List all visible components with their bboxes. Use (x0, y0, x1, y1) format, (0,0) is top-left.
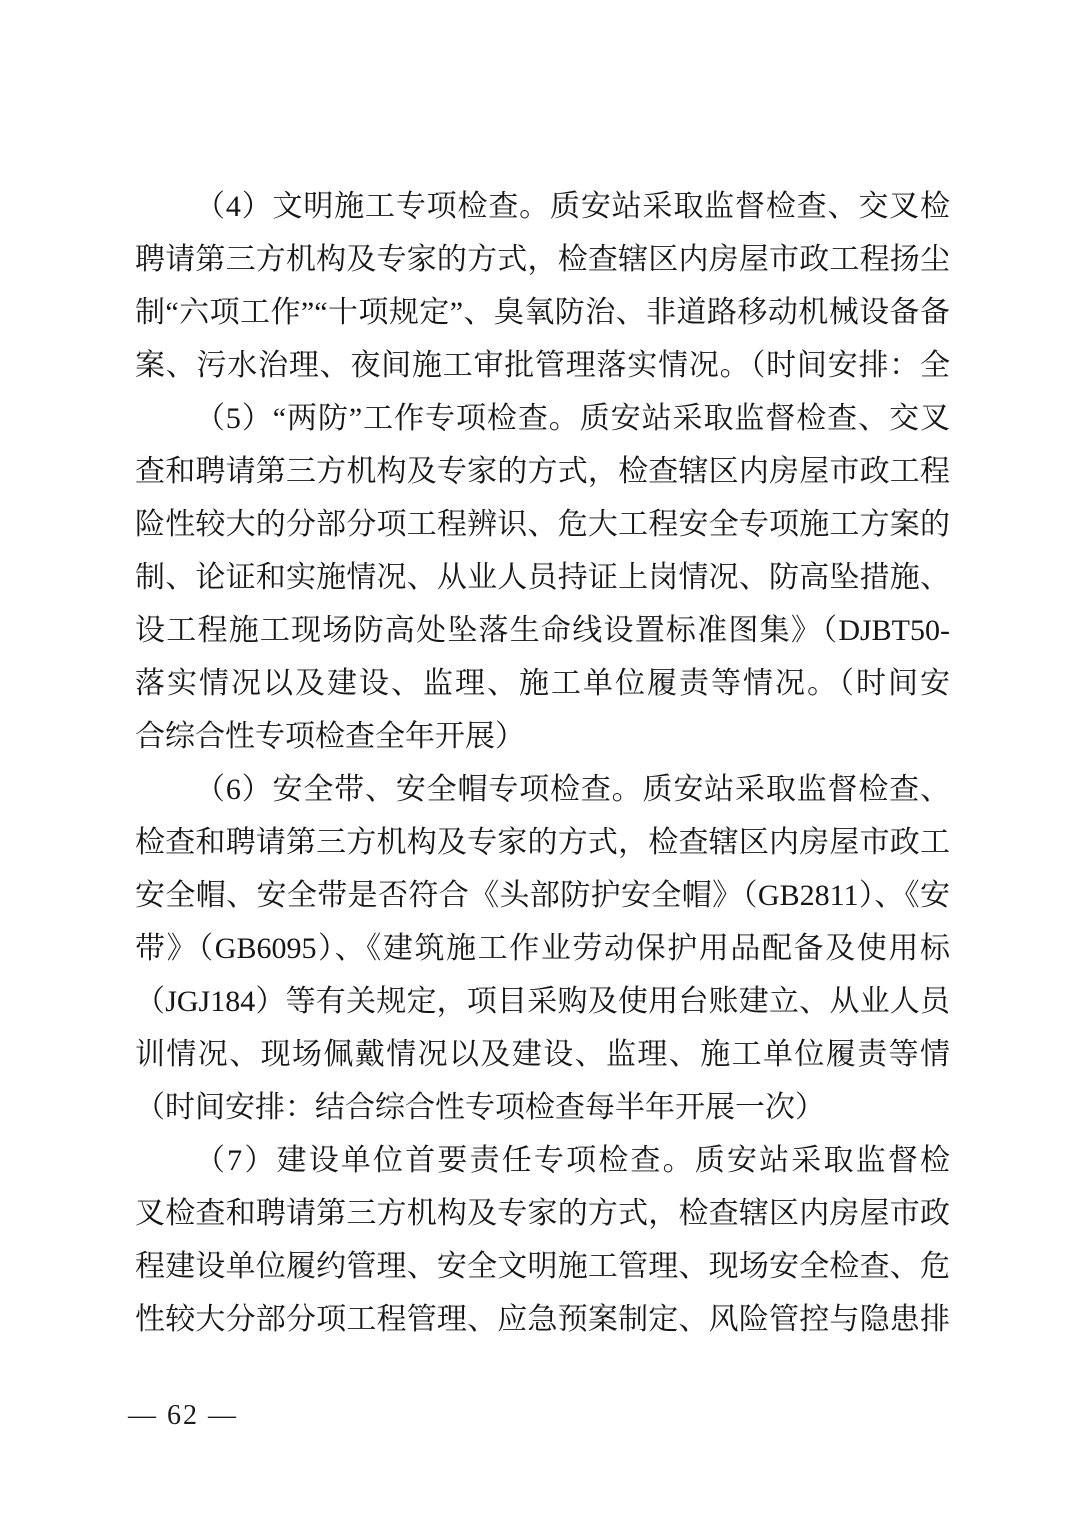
text-line: 训情况、现场佩戴情况以及建设、监理、施工单位履责等情况。 (135, 1028, 950, 1081)
document-body: （4）文明施工专项检查。质安站采取监督检查、交叉检查和聘请第三方机构及专家的方式… (135, 180, 950, 1346)
item-7-construction-unit-primary-responsibility-inspection: （7）建设单位首要责任专项检查。质安站采取监督检查、交叉检查和聘请第三方机构及专… (135, 1134, 950, 1346)
text-line: 制“六项工作”“十项规定”、臭氧防治、非道路移动机械设备备 (135, 286, 950, 339)
item-6-safety-belt-helmet-inspection: （6）安全带、安全帽专项检查。质安站采取监督检查、交叉检查和聘请第三方机构及专家… (135, 763, 950, 1134)
text-line: （6）安全带、安全帽专项检查。质安站采取监督检查、交叉 (135, 763, 950, 816)
text-line: 叉检查和聘请第三方机构及专家的方式，检查辖区内房屋市政工 (135, 1187, 950, 1240)
item-5-two-preventions-inspection: （5）“两防”工作专项检查。质安站采取监督检查、交叉检查和聘请第三方机构及专家的… (135, 392, 950, 763)
text-line: 检查和聘请第三方机构及专家的方式，检查辖区内房屋市政工程 (135, 816, 950, 869)
text-line: 程建设单位履约管理、安全文明施工管理、现场安全检查、危险 (135, 1240, 950, 1293)
text-line: 性较大分部分项工程管理、应急预案制定、风险管控与隐患排查 (135, 1293, 950, 1346)
text-line: 合综合性专项检查全年开展） (135, 710, 950, 763)
text-line: 设工程施工现场防高处坠落生命线设置标准图集》（DJBT50-155） (135, 604, 950, 657)
document-page: （4）文明施工专项检查。质安站采取监督检查、交叉检查和聘请第三方机构及专家的方式… (0, 0, 1074, 1520)
text-line: 落实情况以及建设、监理、施工单位履责等情况。（时间安排：结 (135, 657, 950, 710)
text-line: 险性较大的分部分项工程辨识、危大工程安全专项施工方案的编 (135, 498, 950, 551)
text-line: （7）建设单位首要责任专项检查。质安站采取监督检查、交 (135, 1134, 950, 1187)
text-line: 带》（GB6095）、《建筑施工作业劳动保护用品配备及使用标准》 (135, 922, 950, 975)
text-line: 安全帽、安全带是否符合《头部防护安全帽》（GB2811）、《安全 (135, 869, 950, 922)
text-line: 制、论证和实施情况、从业人员持证上岗情况、防高坠措施、《建 (135, 551, 950, 604)
text-line: （5）“两防”工作专项检查。质安站采取监督检查、交叉检 (135, 392, 950, 445)
page-number: — 62 — (128, 1396, 238, 1436)
item-4-civilized-construction-inspection: （4）文明施工专项检查。质安站采取监督检查、交叉检查和聘请第三方机构及专家的方式… (135, 180, 950, 392)
text-line: （4）文明施工专项检查。质安站采取监督检查、交叉检查和 (135, 180, 950, 233)
text-line: 聘请第三方机构及专家的方式，检查辖区内房屋市政工程扬尘控 (135, 233, 950, 286)
text-line: （JGJ184）等有关规定，项目采购及使用台账建立、从业人员培 (135, 975, 950, 1028)
text-line: （时间安排：结合综合性专项检查每半年开展一次） (135, 1081, 950, 1134)
text-line: 案、污水治理、夜间施工审批管理落实情况。（时间安排：全年） (135, 339, 950, 392)
text-line: 查和聘请第三方机构及专家的方式，检查辖区内房屋市政工程危 (135, 445, 950, 498)
